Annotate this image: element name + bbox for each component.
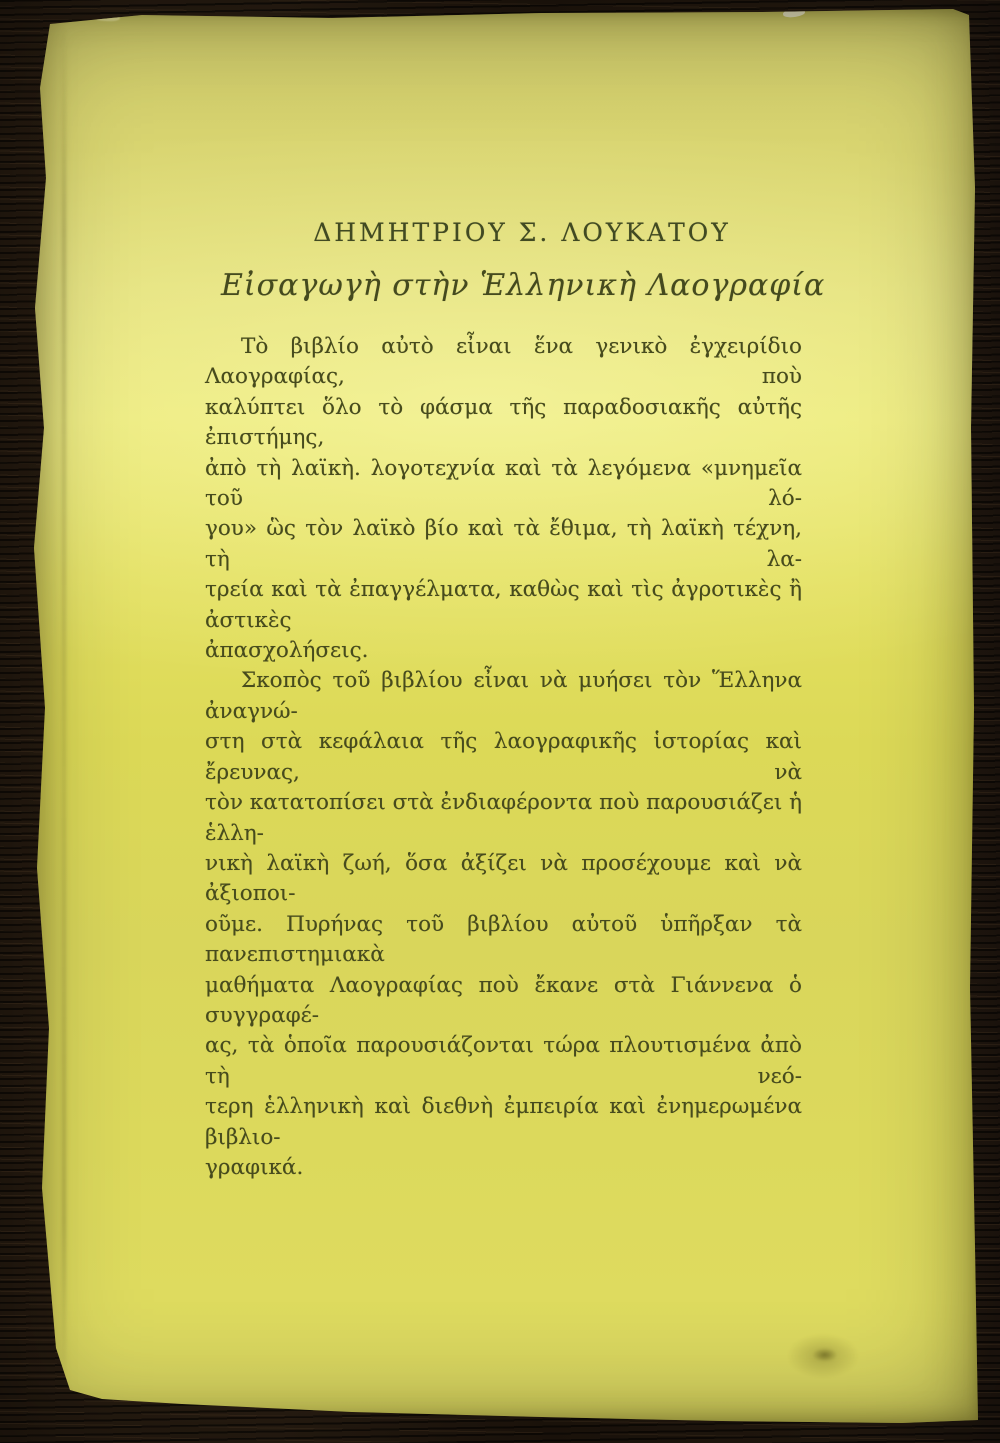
stain-mark xyxy=(775,1326,871,1386)
cover-text-block: ΔΗΜΗΤΡΙΟΥ Σ. ΛΟΥΚΑΤΟΥ Εἰσαγωγὴ στὴν Ἑλλη… xyxy=(205,218,805,1183)
text-line: νικὴ λαϊκὴ ζωή, ὅσα ἀξίζει νὰ προσέχουμε… xyxy=(205,849,802,910)
text-line: ἀπασχολήσεις. xyxy=(205,636,802,666)
paper-chip-top-right xyxy=(783,8,806,19)
text-line: τερη ἑλληνικὴ καὶ διεθνὴ ἐμπειρία καὶ ἐν… xyxy=(205,1092,802,1153)
text-line: τὸν κατατοπίσει στὰ ἐνδιαφέροντα ποὺ παρ… xyxy=(205,788,802,849)
text-line: Σκοπὸς τοῦ βιβλίου εἶναι νὰ μυήσει τὸν Ἕ… xyxy=(205,666,802,727)
text-line: καλύπτει ὅλο τὸ φάσμα τῆς παραδοσιακῆς α… xyxy=(205,393,802,454)
book-title: Εἰσαγωγὴ στὴν Ἑλληνικὴ Λαογραφία xyxy=(205,268,805,303)
text-line: μαθήματα Λαογραφίας ποὺ ἔκανε στὰ Γιάννε… xyxy=(205,971,802,1032)
cover-crease xyxy=(62,26,66,1386)
text-line: οῦμε. Πυρήνας τοῦ βιβλίου αὐτοῦ ὑπῆρξαν … xyxy=(205,910,802,971)
book-cover: ΔΗΜΗΤΡΙΟΥ Σ. ΛΟΥΚΑΤΟΥ Εἰσαγωγὴ στὴν Ἑλλη… xyxy=(22,8,980,1425)
photo-background: ΔΗΜΗΤΡΙΟΥ Σ. ΛΟΥΚΑΤΟΥ Εἰσαγωγὴ στὴν Ἑλλη… xyxy=(0,0,1000,1443)
text-line: στη στὰ κεφάλαια τῆς λαογραφικῆς ἱστορία… xyxy=(205,727,802,788)
paper-chip-top-left xyxy=(92,13,120,21)
text-line: γου» ὣς τὸν λαϊκὸ βίο καὶ τὰ ἔθιμα, τὴ λ… xyxy=(205,514,802,575)
text-line: ας, τὰ ὁποῖα παρουσιάζονται τώρα πλουτισ… xyxy=(205,1031,802,1092)
author-name: ΔΗΜΗΤΡΙΟΥ Σ. ΛΟΥΚΑΤΟΥ xyxy=(205,218,805,247)
text-line: γραφικά. xyxy=(205,1153,802,1183)
text-line: ἀπὸ τὴ λαϊκὴ. λογοτεχνία καὶ τὰ λεγόμενα… xyxy=(205,454,802,515)
text-line: τρεία καὶ τὰ ἐπαγγέλματα, καθὼς καὶ τὶς … xyxy=(205,575,802,636)
text-line: Τὸ βιβλίο αὐτὸ εἶναι ἕνα γενικὸ ἐγχειρίδ… xyxy=(205,332,802,393)
blurb-text: Τὸ βιβλίο αὐτὸ εἶναι ἕνα γενικὸ ἐγχειρίδ… xyxy=(205,332,802,1183)
